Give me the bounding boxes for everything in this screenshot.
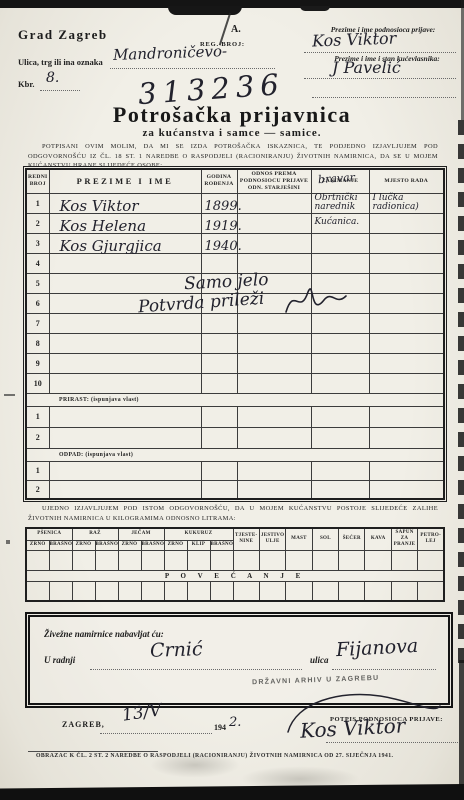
year-handwritten: 2. (229, 715, 241, 730)
col-raz: RAŽ (72, 528, 118, 540)
member-workplace (369, 233, 444, 253)
prirast-row: 2 (26, 427, 444, 448)
supply-cell (391, 581, 417, 601)
supply-cell (118, 550, 141, 570)
empty-cell (311, 480, 369, 499)
street-label: ulica (310, 655, 329, 665)
food-supplies-table: PŠENICA RAŽ JEČAM KUKURUZ TJESTE-NINE JE… (25, 527, 445, 602)
member-workplace (369, 313, 444, 333)
supply-cell (95, 581, 118, 601)
row-number: 3 (26, 233, 49, 253)
col-kukuruz: KUKURUZ (164, 528, 233, 540)
supply-cell (141, 550, 164, 570)
member-row: 9 (26, 353, 444, 373)
shop-street-handwritten: Fijanova (335, 635, 418, 661)
member-birth: 1919. (201, 213, 237, 233)
supply-cell (72, 581, 95, 601)
supply-cell (418, 550, 444, 570)
col-secer: ŠEĆER (339, 528, 365, 550)
member-name: Kos Helena (49, 213, 201, 233)
col-petrolej: PETRO-LEJ (418, 528, 444, 550)
ration-card-application-scan: Grad Zagreb A. REG. BROJ: Prezime i ime … (0, 0, 464, 800)
col-jestivo-ulje: JESTIVO ULJE (259, 528, 285, 550)
col-jecam: JEČAM (118, 528, 164, 540)
sub-zrno: ZRNO (164, 540, 187, 550)
member-row: 10 (26, 373, 444, 393)
prirast-section-header: PRIRAST: (ispunjava vlast) (26, 393, 444, 406)
member-occupation: Obrtnički narednik (311, 193, 369, 213)
member-workplace (369, 253, 444, 273)
row-number: 6 (26, 293, 49, 313)
odpad-row: 1 (26, 461, 444, 480)
member-birth (201, 253, 237, 273)
member-name (49, 373, 201, 393)
col-psenica: PŠENICA (26, 528, 72, 540)
member-birth (201, 353, 237, 373)
member-birth: 1899. (201, 193, 237, 213)
supply-cell (164, 550, 187, 570)
supply-cell (233, 550, 259, 570)
kbr-label: Kbr. (18, 79, 34, 89)
supply-cell (365, 581, 391, 601)
povecanje-label: P O V E Ć A N J E (26, 570, 444, 581)
supply-cell (49, 581, 72, 601)
supplies-entry-row (26, 550, 444, 570)
row-number: 2 (26, 427, 49, 448)
odpad-label: ODPAD: (ispunjava vlast) (26, 448, 444, 461)
member-row: 8 (26, 333, 444, 353)
supply-cell (286, 581, 312, 601)
supply-cell (210, 581, 233, 601)
dotted-line (90, 669, 302, 670)
supply-cell (365, 550, 391, 570)
empty-cell (49, 461, 201, 480)
col-sapun: SAPUN ZA PRANJE (391, 528, 417, 550)
supply-cell (312, 581, 338, 601)
household-members-table: REDNI BROJ PREZIME I IME GODINA ROĐENJA … (25, 168, 445, 500)
form-subtitle: za kućanstva i samce — samice. (0, 127, 464, 139)
col-mjesto-rada: MJESTO RADA (369, 169, 444, 193)
row-number: 7 (26, 313, 49, 333)
member-occupation: Kućanica. (311, 213, 369, 233)
date-handwritten: 13/V (121, 700, 163, 725)
empty-cell (49, 427, 201, 448)
row-number: 10 (26, 373, 49, 393)
archive-stamp: DRŽAVNI ARHIV U ZAGREBU (252, 675, 380, 686)
row-number: 1 (26, 406, 49, 427)
sub-zrno: ZRNO (118, 540, 141, 550)
member-name (49, 313, 201, 333)
supply-cell (259, 581, 285, 601)
member-row: 3Kos Gjurgjica1940. (26, 233, 444, 253)
row-number: 1 (26, 193, 49, 213)
member-row: 1Kos Viktor1899.Obrtnički narednikI lučk… (26, 193, 444, 213)
empty-cell (311, 427, 369, 448)
member-workplace (369, 373, 444, 393)
col-odnos: ODNOS PREMA PODNOSIOCU PRIJAVE ODN. STAR… (237, 169, 311, 193)
row-number: 5 (26, 273, 49, 293)
empty-cell (369, 461, 444, 480)
dotted-line (304, 78, 456, 79)
empty-cell (369, 480, 444, 499)
col-tjestenine: TJESTE-NINE (233, 528, 259, 550)
prirast-row: 1 (26, 406, 444, 427)
applicant-name-handwritten: Kos Viktor (312, 29, 397, 51)
member-occupation (311, 233, 369, 253)
member-occupation (311, 253, 369, 273)
scan-edge-right (458, 120, 464, 665)
member-occupation (311, 353, 369, 373)
empty-cell (201, 461, 237, 480)
member-name (49, 273, 201, 293)
prirast-label: PRIRAST: (ispunjava vlast) (26, 393, 444, 406)
col-prezime-ime: PREZIME I IME (49, 169, 201, 193)
empty-cell (201, 427, 237, 448)
empty-cell (49, 480, 201, 499)
supply-cell (72, 550, 95, 570)
sub-brasno: BRAŠNO (210, 540, 233, 550)
member-workplace (369, 213, 444, 233)
declaration-paragraph: POTPISANI OVIM MOLIM, DA MI SE IZDA POTR… (28, 142, 438, 171)
empty-cell (311, 406, 369, 427)
member-workplace: I lučka radionica) (369, 193, 444, 213)
empty-cell (369, 427, 444, 448)
dotted-line (332, 669, 436, 670)
member-workplace (369, 293, 444, 313)
empty-cell (237, 461, 311, 480)
occupation-overwrite-handwritten: bravar (318, 171, 356, 187)
member-birth: 1940. (201, 233, 237, 253)
supply-cell (49, 550, 72, 570)
shop-name-handwritten: Crnić (150, 638, 203, 662)
supply-cell (95, 550, 118, 570)
dotted-line (326, 742, 458, 743)
initials-squiggle (278, 282, 350, 320)
sub-brasno: BRAŠNO (141, 540, 164, 550)
member-relation (237, 233, 311, 253)
member-occupation (311, 333, 369, 353)
scan-blob (300, 6, 330, 11)
dotted-line (100, 733, 212, 734)
member-row: 4 (26, 253, 444, 273)
odpad-section-header: ODPAD: (ispunjava vlast) (26, 448, 444, 461)
supplies-entry-row (26, 581, 444, 601)
dotted-line (40, 90, 80, 91)
sub-zrno: ZRNO (26, 540, 49, 550)
owner-name-handwritten: J Pavelić (332, 58, 401, 77)
empty-cell (311, 461, 369, 480)
member-name: Kos Gjurgjica (49, 233, 201, 253)
supply-cell (164, 581, 187, 601)
sub-zrno: ZRNO (72, 540, 95, 550)
odpad-row: 2 (26, 480, 444, 499)
shop-label: U radnji (44, 655, 75, 665)
row-number: 1 (26, 461, 49, 480)
kbr-handwritten: 8. (46, 70, 59, 86)
member-relation (237, 193, 311, 213)
povecanje-band: P O V E Ć A N J E (26, 570, 444, 581)
shop-intro-label: Živežne namirnice nabavljat ću: (44, 629, 164, 639)
col-kava: KAVA (365, 528, 391, 550)
empty-cell (237, 427, 311, 448)
scan-speck (4, 394, 15, 396)
empty-cell (237, 406, 311, 427)
supply-cell (418, 581, 444, 601)
member-occupation (311, 373, 369, 393)
member-relation (237, 213, 311, 233)
year-printed: 194 (214, 723, 226, 732)
supply-cell (286, 550, 312, 570)
supply-cell (339, 550, 365, 570)
empty-cell (201, 480, 237, 499)
supply-cell (141, 581, 164, 601)
member-name: Kos Viktor (49, 193, 201, 213)
member-name (49, 333, 201, 353)
member-name (49, 353, 201, 373)
street-handwritten: Mandroničevo- (113, 42, 228, 64)
member-birth (201, 333, 237, 353)
row-number: 2 (26, 480, 49, 499)
sub-klip: KLIP (187, 540, 210, 550)
member-relation (237, 333, 311, 353)
empty-cell (369, 406, 444, 427)
row-number: 4 (26, 253, 49, 273)
supply-cell (312, 550, 338, 570)
member-relation (237, 373, 311, 393)
sub-brasno: BRAŠNO (95, 540, 118, 550)
form-title: Potrošačka prijavnica (0, 102, 464, 128)
place-label: ZAGREB, (62, 720, 105, 729)
col-sol: SOL (312, 528, 338, 550)
row-number: 8 (26, 333, 49, 353)
scan-edge-right (459, 660, 464, 800)
scan-speck (6, 540, 10, 544)
dotted-line (304, 52, 456, 53)
city-heading: Grad Zagreb (18, 27, 108, 43)
member-workplace (369, 333, 444, 353)
corner-letter: A. (231, 24, 241, 35)
member-relation (237, 353, 311, 373)
scan-edge-bottom (0, 784, 464, 800)
empty-cell (201, 406, 237, 427)
member-row: 7 (26, 313, 444, 333)
col-godina-rodjenja: GODINA ROĐENJA (201, 169, 237, 193)
street-label: Ulica, trg ili ina oznaka (18, 57, 103, 67)
supply-cell (391, 550, 417, 570)
footnote-rule (28, 751, 158, 752)
member-workplace (369, 273, 444, 293)
form-footnote: OBRAZAC K ČL. 2 ST. 2 NAREDBE O RASPODJE… (36, 753, 393, 759)
member-name (49, 253, 201, 273)
dotted-line (312, 97, 456, 98)
supply-cell (259, 550, 285, 570)
supply-cell (26, 550, 49, 570)
member-workplace (369, 353, 444, 373)
supply-cell (233, 581, 259, 601)
supply-cell (118, 581, 141, 601)
supply-cell (187, 581, 210, 601)
supplies-declaration: UJEDNO IZJAVLJUJEM POD ISTOM ODGOVORNOŠĆ… (28, 504, 438, 523)
col-redni-broj: REDNI BROJ (26, 169, 49, 193)
member-row: 2Kos Helena1919.Kućanica. (26, 213, 444, 233)
sub-brasno: BRAŠNO (49, 540, 72, 550)
supply-cell (339, 581, 365, 601)
col-mast: MAST (286, 528, 312, 550)
row-number: 2 (26, 213, 49, 233)
row-number: 9 (26, 353, 49, 373)
member-birth (201, 373, 237, 393)
empty-cell (237, 480, 311, 499)
supply-cell (210, 550, 233, 570)
supply-cell (26, 581, 49, 601)
member-birth (201, 313, 237, 333)
empty-cell (49, 406, 201, 427)
supply-cell (187, 550, 210, 570)
